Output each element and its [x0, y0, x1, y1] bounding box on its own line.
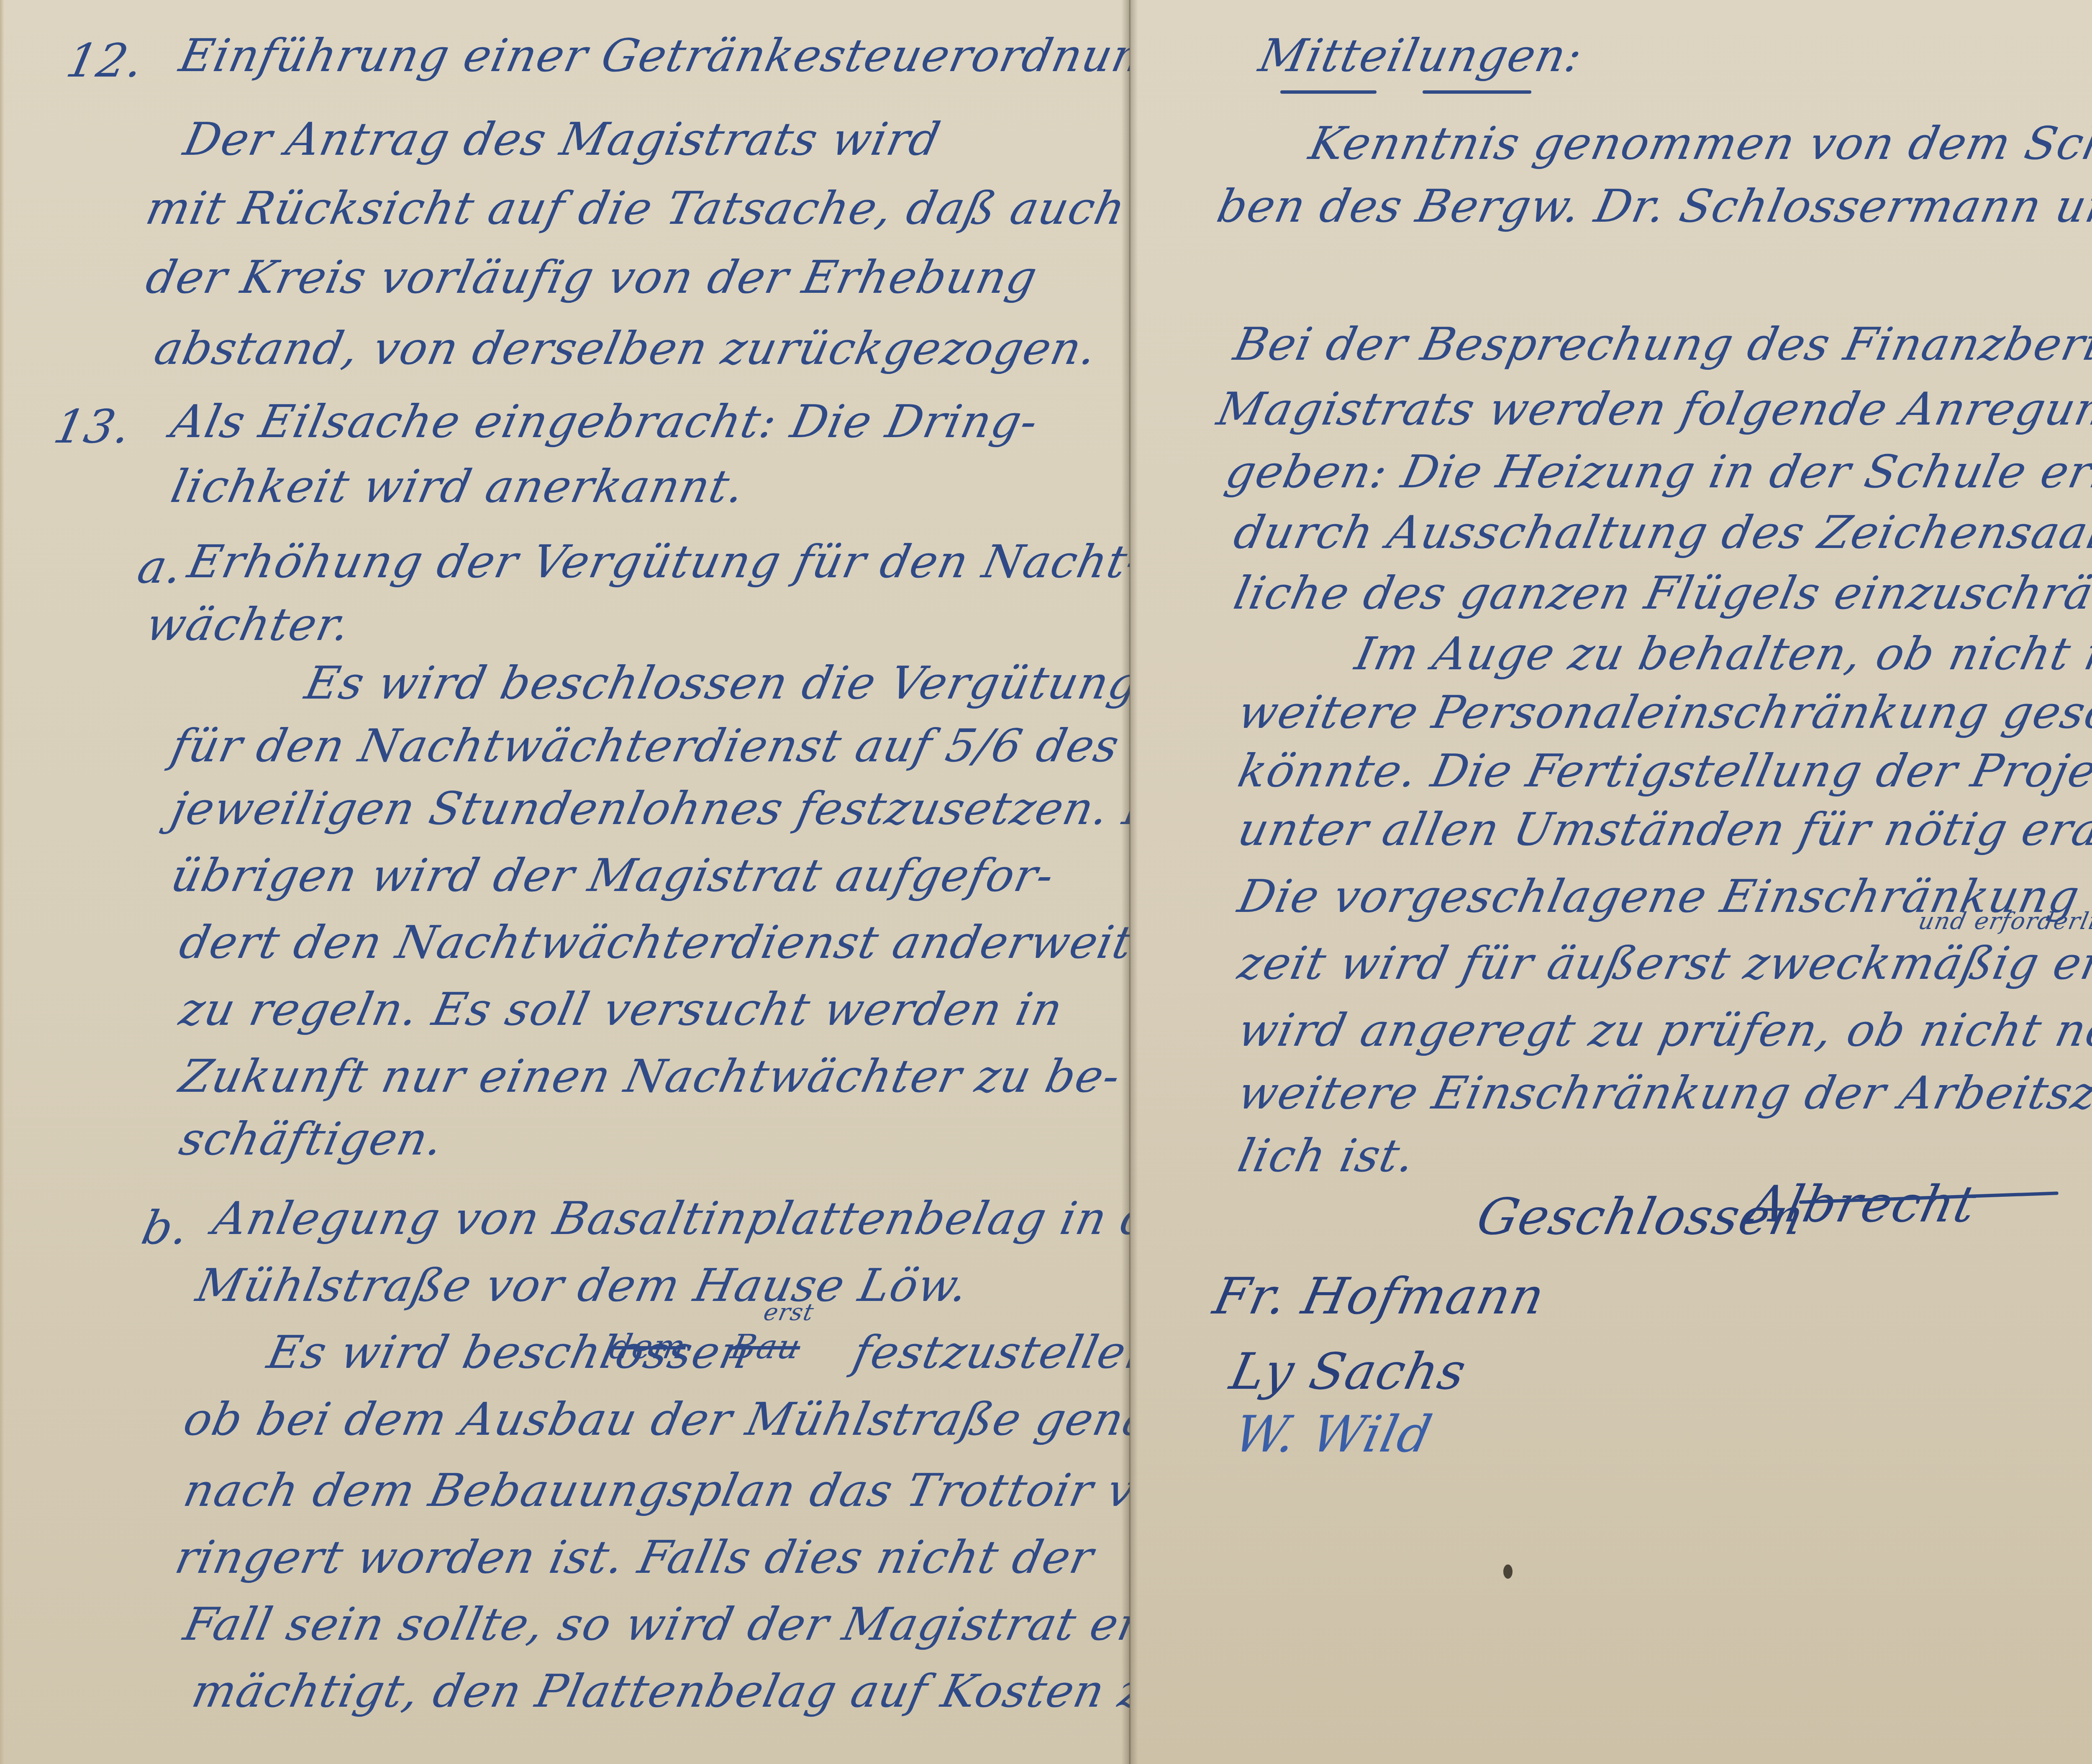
struck-word: Bau	[728, 1330, 804, 1364]
text-line: Kenntnis genommen von dem Schrei-	[1305, 121, 2092, 166]
text-line: liche des ganzen Flügels einzuschränken.	[1230, 571, 2092, 616]
inserted-word: erst	[761, 1301, 816, 1324]
text-line: mit Rücksicht auf die Tatsache, daß auch	[142, 186, 1130, 231]
item-title: Als Eilsache eingebracht: Die Dring-	[167, 399, 1042, 445]
text-line: wird angeregt zu prüfen, ob nicht noch e…	[1234, 1008, 2092, 1053]
left-page: 12. Einführung einer Getränkesteuerordnu…	[0, 0, 1130, 1764]
text-line: Zukunft nur einen Nachtwächter zu be-	[176, 1054, 1125, 1099]
text-line: unter allen Umständen für nötig erachtet…	[1234, 807, 2092, 853]
item-number: 13.	[50, 404, 136, 450]
text-line: durch Ausschaltung des Zeichensaales und…	[1230, 510, 2092, 556]
text-line: weitere Personaleinschränkung geschlagen…	[1234, 690, 2092, 735]
left-page-edge	[0, 0, 4, 1764]
text-line: weitere Einschränkung der Arbeitszeit mö…	[1234, 1071, 2092, 1116]
heading-underline	[1423, 90, 1531, 94]
text-line: könnte. Die Fertigstellung der Projekte …	[1234, 749, 2092, 794]
text-line: zeit wird für äußerst zweckmäßig erachte…	[1234, 941, 2092, 986]
inserted-text: und erforderlich	[1916, 910, 2092, 933]
text-line: Der Antrag des Magistrats wird	[180, 117, 944, 162]
item-title: Einführung einer Getränkesteuerordnung.	[176, 33, 1192, 79]
heading-underline	[1280, 90, 1377, 94]
signature: W. Wild	[1230, 1410, 1436, 1460]
text-line: der Kreis vorläufig von der Erhebung	[142, 255, 1041, 300]
text-line: abstand, von derselben zurückgezogen.	[151, 326, 1101, 371]
text-line: schäftigen.	[176, 1117, 448, 1162]
book-gutter	[1121, 0, 1138, 1764]
chair-signature: Albrecht	[1745, 1180, 1981, 1230]
text-line: Bei der Besprechung des Finanzberichtes …	[1230, 322, 2092, 367]
item-number: 12.	[63, 38, 148, 84]
text-line: lich ist.	[1234, 1134, 1419, 1179]
item-letter: a.	[134, 544, 187, 590]
text-line: nach dem Bebauungsplan das Trottoir ver-	[180, 1468, 1205, 1513]
text-line: für den Nachtwächterdienst auf 5/6 des	[167, 724, 1123, 769]
signature: Fr. Hofmann	[1209, 1272, 1549, 1322]
text-line: zu regeln. Es soll versucht werden in	[176, 987, 1067, 1032]
paper-blemish	[1503, 1564, 1513, 1579]
text-line: geben: Die Heizung in der Schule erhebli…	[1222, 450, 2092, 495]
text-line: ben des Bergw. Dr. Schlossermann und des…	[1213, 184, 2092, 229]
right-page: Mitteilungen: Kenntnis genommen von dem …	[1130, 0, 2092, 1764]
signature: Ly Sachs	[1226, 1347, 1471, 1397]
text-line: Im Auge zu behalten, ob nicht noch eine	[1351, 632, 2092, 677]
text-line: ringert worden ist. Falls dies nicht der	[172, 1535, 1098, 1580]
struck-word: dem	[607, 1330, 689, 1364]
text-line: Es wird beschlossen die Vergütung	[301, 661, 1143, 706]
text-line: jeweiligen Stundenlohnes festzusetzen. I…	[167, 786, 1191, 832]
item-letter: b.	[138, 1205, 194, 1251]
text-line: Fall sein sollte, so wird der Magistrat …	[180, 1602, 1162, 1647]
book-spread: 12. Einführung einer Getränkesteuerordnu…	[0, 0, 2092, 1764]
text-line: dert den Nachtwächterdienst anderweitig	[176, 920, 1182, 965]
text-line: ob bei dem Ausbau der Mühlstraße genau	[180, 1397, 1186, 1442]
item-title: Erhöhung der Vergütung für den Nacht-	[184, 540, 1148, 585]
section-heading: Mitteilungen:	[1255, 33, 1587, 79]
text-line: wächter.	[142, 602, 354, 648]
text-line: übrigen wird der Magistrat aufgefor-	[167, 853, 1058, 899]
item-title: Anlegung von Basaltinplattenbelag in der	[209, 1196, 1206, 1242]
text-line: Magistrats werden folgende Anregungen ge…	[1213, 387, 2092, 432]
text-line: lichkeit wird anerkannt.	[167, 464, 749, 509]
text-line: Mühlstraße vor dem Hause Löw.	[192, 1263, 973, 1308]
